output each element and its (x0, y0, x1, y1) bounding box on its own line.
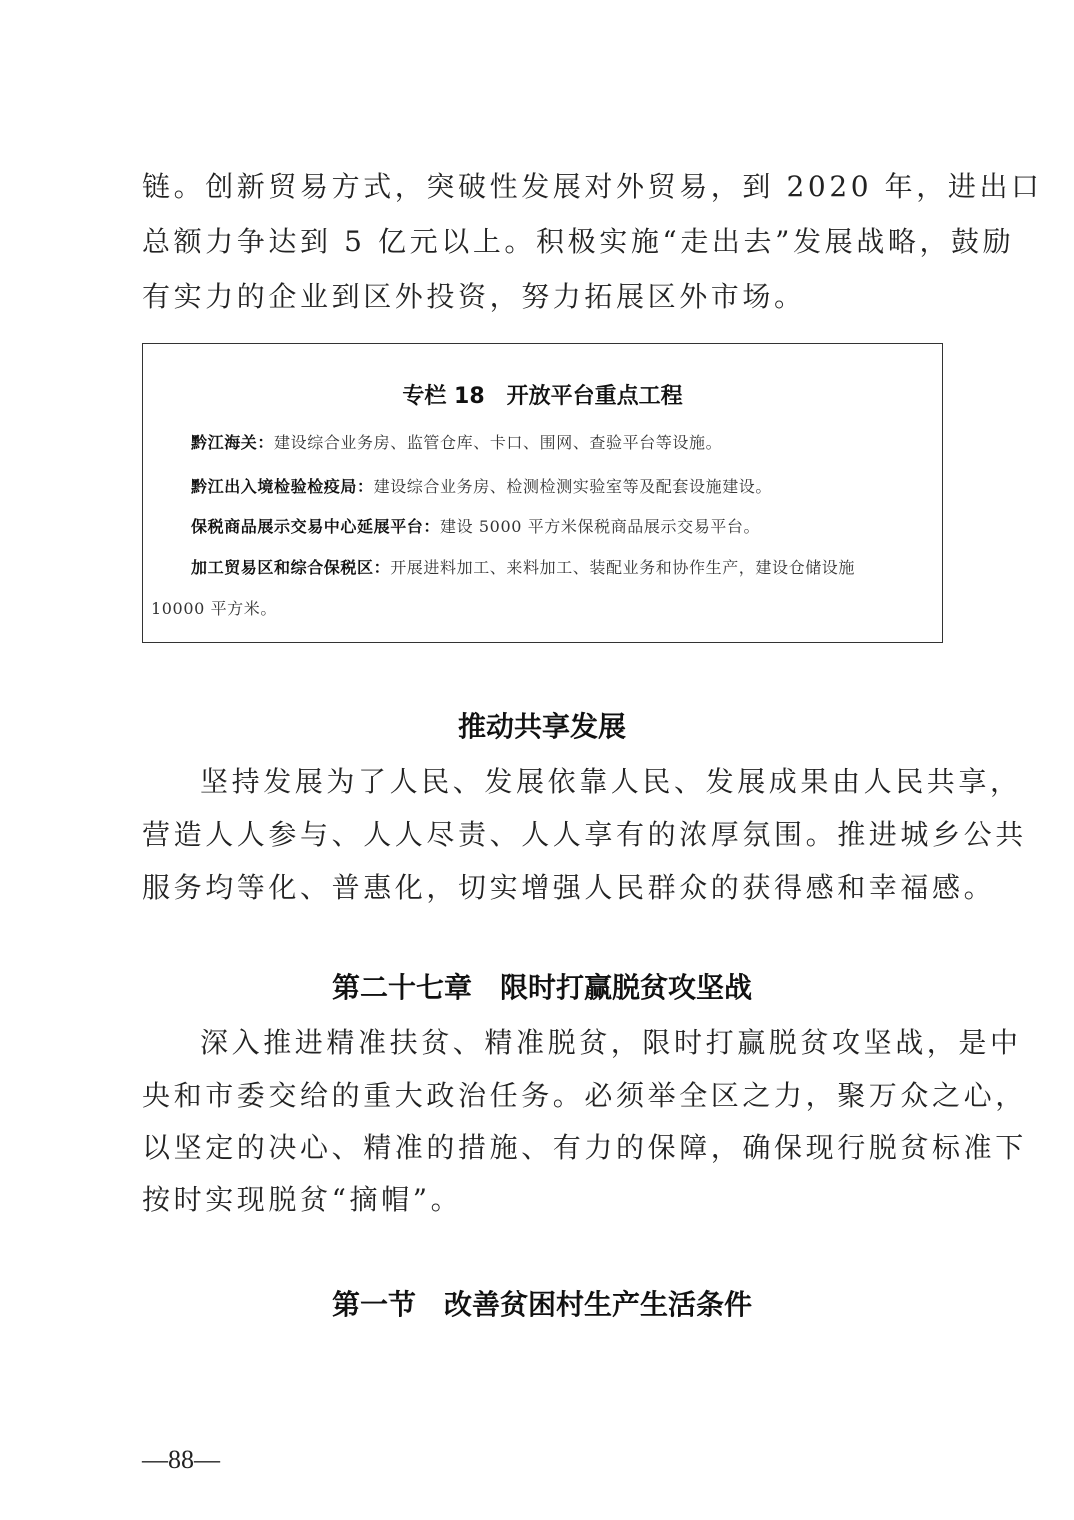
box-item-continuation: 10000 平方米。 (151, 598, 934, 620)
column-box-title: 专栏 18 开放平台重点工程 (143, 382, 942, 412)
section-heading-1: 第一节 改善贫困村生产生活条件 (142, 1285, 942, 1325)
shared-line-3: 服务均等化、普惠化，切实增强人民群众的获得感和幸福感。 (142, 868, 942, 908)
chapter-heading: 第二十七章 限时打赢脱贫攻坚战 (142, 968, 942, 1008)
intro-line-1: 链。创新贸易方式，突破性发展对外贸易，到 2020 年，进出口 (142, 167, 942, 207)
box-item-bonded-display: 保税商品展示交易中心延展平台：建设 5000 平方米保税商品展示交易平台。 (191, 516, 934, 538)
box-item-label: 保税商品展示交易中心延展平台： (191, 517, 440, 536)
box-item-inspection: 黔江出入境检验检疫局：建设综合业务房、检测检测实验室等及配套设施建设。 (191, 476, 934, 498)
box-item-label: 加工贸易区和综合保税区： (191, 558, 390, 577)
box-item-label: 黔江海关： (191, 433, 274, 452)
box-item-text: 开展进料加工、来料加工、装配业务和协作生产，建设仓储设施 (390, 558, 855, 577)
section-heading-shared: 推动共享发展 (142, 707, 942, 747)
box-item-text: 建设综合业务房、监管仓库、卡口、围网、查验平台等设施。 (274, 433, 722, 452)
chapter-line-1: 深入推进精准扶贫、精准脱贫，限时打赢脱贫攻坚战，是中 (200, 1023, 942, 1063)
box-item-label: 黔江出入境检验检疫局： (191, 477, 374, 496)
intro-line-2: 总额力争达到 5 亿元以上。积极实施“走出去”发展战略，鼓励 (142, 222, 942, 262)
chapter-line-4: 按时实现脱贫“摘帽”。 (142, 1180, 942, 1220)
column-box: 专栏 18 开放平台重点工程 黔江海关：建设综合业务房、监管仓库、卡口、围网、查… (142, 343, 943, 643)
chapter-line-2: 央和市委交给的重大政治任务。必须举全区之力，聚万众之心， (142, 1076, 942, 1116)
shared-line-2: 营造人人参与、人人尽责、人人享有的浓厚氛围。推进城乡公共 (142, 815, 942, 855)
shared-line-1: 坚持发展为了人民、发展依靠人民、发展成果由人民共享， (200, 762, 942, 802)
chapter-line-3: 以坚定的决心、精准的措施、有力的保障，确保现行脱贫标准下 (142, 1128, 942, 1168)
box-item-customs: 黔江海关：建设综合业务房、监管仓库、卡口、围网、查验平台等设施。 (191, 432, 934, 454)
box-item-text: 建设 5000 平方米保税商品展示交易平台。 (440, 517, 760, 536)
box-item-processing-trade: 加工贸易区和综合保税区：开展进料加工、来料加工、装配业务和协作生产，建设仓储设施 (191, 557, 934, 579)
box-item-text: 建设综合业务房、检测检测实验室等及配套设施建设。 (374, 477, 772, 496)
page-number: —88— (142, 1445, 220, 1475)
document-page: 链。创新贸易方式，突破性发展对外贸易，到 2020 年，进出口 总额力争达到 5… (0, 0, 1074, 1520)
intro-line-3: 有实力的企业到区外投资，努力拓展区外市场。 (142, 277, 942, 317)
